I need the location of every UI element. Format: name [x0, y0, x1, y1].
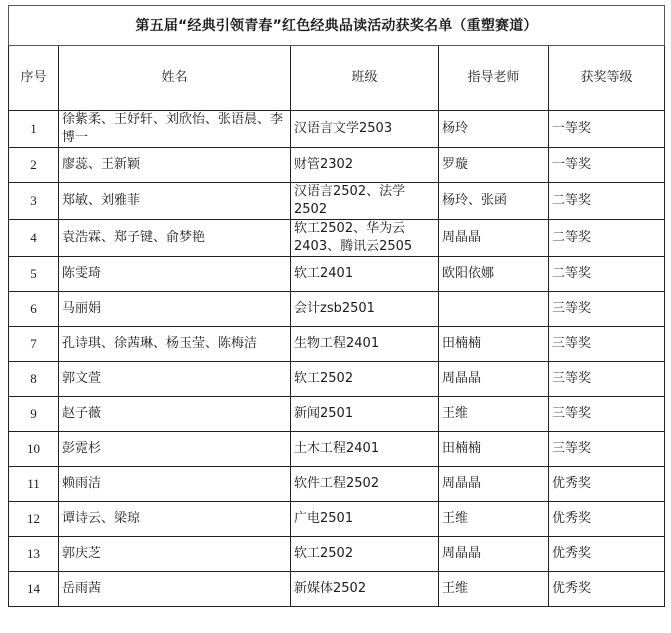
award-cell: 二等奖: [549, 220, 665, 257]
names-cell: 马丽娟: [59, 292, 291, 327]
names-cell: 袁浩霖、郑子键、俞梦艳: [59, 220, 291, 257]
class-cell: 软工2401: [291, 257, 439, 292]
table-row: 9赵子薇新闻2501王维三等奖: [9, 397, 665, 432]
teacher-cell: 王维: [439, 397, 549, 432]
award-cell: 二等奖: [549, 183, 665, 220]
seq-cell: 10: [9, 432, 59, 467]
seq-cell: 12: [9, 502, 59, 537]
seq-cell: 5: [9, 257, 59, 292]
table-row: 5陈雯琦软工2401欧阳依娜二等奖: [9, 257, 665, 292]
document-title: 第五届“经典引领青春”红色经典品读活动获奖名单（重塑赛道）: [9, 6, 665, 46]
seq-cell: 7: [9, 327, 59, 362]
award-list-table: 第五届“经典引领青春”红色经典品读活动获奖名单（重塑赛道） 序号 姓名 班级 指…: [8, 5, 665, 607]
teacher-cell: 田楠楠: [439, 327, 549, 362]
seq-cell: 4: [9, 220, 59, 257]
names-cell: 陈雯琦: [59, 257, 291, 292]
class-cell: 软件工程2502: [291, 467, 439, 502]
class-cell: 土木工程2401: [291, 432, 439, 467]
table-row: 4袁浩霖、郑子键、俞梦艳软工2502、华为云2403、腾讯云2505周晶晶二等奖: [9, 220, 665, 257]
seq-cell: 3: [9, 183, 59, 220]
teacher-cell: 王维: [439, 502, 549, 537]
seq-cell: 2: [9, 148, 59, 183]
seq-cell: 8: [9, 362, 59, 397]
table-row: 12谭诗云、梁琼广电2501王维优秀奖: [9, 502, 665, 537]
table-row: 13郭庆芝软工2502周晶晶优秀奖: [9, 537, 665, 572]
teacher-cell: 周晶晶: [439, 220, 549, 257]
table-body: 1徐紫柔、王妤轩、刘欣怡、张语晨、李博一汉语言文学2503杨玲一等奖2廖蕊、王新…: [9, 111, 665, 607]
names-cell: 岳雨茜: [59, 572, 291, 607]
table-row: 2廖蕊、王新颖财管2302罗璇一等奖: [9, 148, 665, 183]
column-header-teacher: 指导老师: [439, 46, 549, 111]
award-cell: 三等奖: [549, 432, 665, 467]
award-cell: 三等奖: [549, 292, 665, 327]
teacher-cell: 田楠楠: [439, 432, 549, 467]
award-cell: 一等奖: [549, 148, 665, 183]
column-header-seq: 序号: [9, 46, 59, 111]
class-cell: 汉语言文学2503: [291, 111, 439, 148]
names-cell: 谭诗云、梁琼: [59, 502, 291, 537]
teacher-cell: 周晶晶: [439, 467, 549, 502]
award-cell: 优秀奖: [549, 572, 665, 607]
teacher-cell: 杨玲: [439, 111, 549, 148]
award-cell: 三等奖: [549, 397, 665, 432]
header-row: 序号 姓名 班级 指导老师 获奖等级: [9, 46, 665, 111]
teacher-cell: 罗璇: [439, 148, 549, 183]
class-cell: 新闻2501: [291, 397, 439, 432]
class-cell: 软工2502: [291, 362, 439, 397]
names-cell: 郑敏、刘雅菲: [59, 183, 291, 220]
award-cell: 一等奖: [549, 111, 665, 148]
class-cell: 广电2501: [291, 502, 439, 537]
table-row: 8郭文萱软工2502周晶晶三等奖: [9, 362, 665, 397]
table-row: 11赖雨洁软件工程2502周晶晶优秀奖: [9, 467, 665, 502]
names-cell: 郭庆芝: [59, 537, 291, 572]
teacher-cell: 杨玲、张函: [439, 183, 549, 220]
class-cell: 新媒体2502: [291, 572, 439, 607]
column-header-names: 姓名: [59, 46, 291, 111]
teacher-cell: [439, 292, 549, 327]
class-cell: 汉语言2502、法学2502: [291, 183, 439, 220]
names-cell: 徐紫柔、王妤轩、刘欣怡、张语晨、李博一: [59, 111, 291, 148]
names-cell: 郭文萱: [59, 362, 291, 397]
seq-cell: 1: [9, 111, 59, 148]
teacher-cell: 欧阳依娜: [439, 257, 549, 292]
column-header-award: 获奖等级: [549, 46, 665, 111]
column-header-class: 班级: [291, 46, 439, 111]
award-cell: 优秀奖: [549, 502, 665, 537]
names-cell: 彭霓杉: [59, 432, 291, 467]
class-cell: 会计zsb2501: [291, 292, 439, 327]
names-cell: 赖雨洁: [59, 467, 291, 502]
seq-cell: 14: [9, 572, 59, 607]
table-row: 6马丽娟会计zsb2501三等奖: [9, 292, 665, 327]
seq-cell: 6: [9, 292, 59, 327]
seq-cell: 11: [9, 467, 59, 502]
teacher-cell: 王维: [439, 572, 549, 607]
table-row: 7孔诗琪、徐茜琳、杨玉莹、陈梅洁生物工程2401田楠楠三等奖: [9, 327, 665, 362]
class-cell: 财管2302: [291, 148, 439, 183]
award-cell: 三等奖: [549, 327, 665, 362]
award-cell: 优秀奖: [549, 537, 665, 572]
table-row: 1徐紫柔、王妤轩、刘欣怡、张语晨、李博一汉语言文学2503杨玲一等奖: [9, 111, 665, 148]
seq-cell: 9: [9, 397, 59, 432]
class-cell: 生物工程2401: [291, 327, 439, 362]
title-row: 第五届“经典引领青春”红色经典品读活动获奖名单（重塑赛道）: [9, 6, 665, 46]
table-row: 10彭霓杉土木工程2401田楠楠三等奖: [9, 432, 665, 467]
names-cell: 赵子薇: [59, 397, 291, 432]
teacher-cell: 周晶晶: [439, 362, 549, 397]
teacher-cell: 周晶晶: [439, 537, 549, 572]
names-cell: 孔诗琪、徐茜琳、杨玉莹、陈梅洁: [59, 327, 291, 362]
award-cell: 二等奖: [549, 257, 665, 292]
table-row: 14岳雨茜新媒体2502王维优秀奖: [9, 572, 665, 607]
award-cell: 三等奖: [549, 362, 665, 397]
class-cell: 软工2502: [291, 537, 439, 572]
seq-cell: 13: [9, 537, 59, 572]
class-cell: 软工2502、华为云2403、腾讯云2505: [291, 220, 439, 257]
names-cell: 廖蕊、王新颖: [59, 148, 291, 183]
award-cell: 优秀奖: [549, 467, 665, 502]
table-row: 3郑敏、刘雅菲汉语言2502、法学2502杨玲、张函二等奖: [9, 183, 665, 220]
